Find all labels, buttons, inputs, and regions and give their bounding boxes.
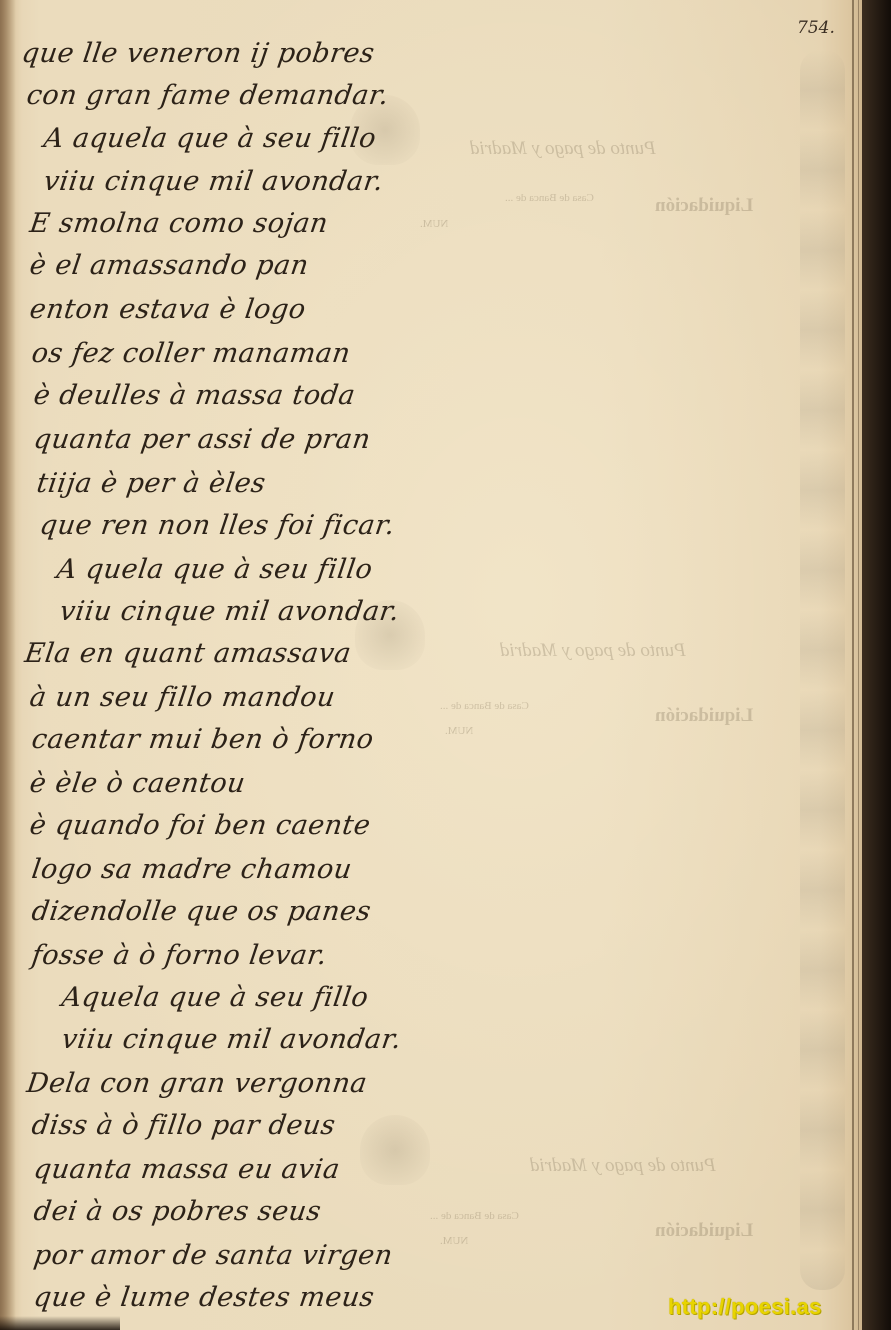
poem-line: con gran fame demandar. [25,80,391,111]
page-bottom-shadow [0,1316,120,1330]
bleed-through-title: Punto de pago y Madrid [530,1155,716,1177]
poem-line: A aquela que à seu fillo [42,123,378,154]
poem-line: Dela con gran vergonna [25,1068,369,1099]
bleed-through-small-text: NUM. [440,1235,468,1247]
poem-line: fosse à ò forno levar. [30,940,329,971]
book-spine-edge [862,0,891,1330]
poem-line: viiu cinque mil avondar. [42,166,386,197]
bleed-through-title: Punto de pago y Madrid [470,138,656,160]
bleed-through-small-text: Casa de Banca de ... [440,700,529,712]
poem-line: logo sa madre chamou [30,854,354,885]
poem-line: que lle veneron ij pobres [20,38,377,69]
poem-line: os fez coller manaman [30,338,353,369]
watermark-link[interactable]: http://poesi.as [668,1294,822,1320]
bleed-through-emblem [360,1115,430,1185]
page-edge-line [852,0,854,1330]
poem-line: A quela que à seu fillo [55,554,375,585]
bleed-through-heading: Liquidación [655,705,753,727]
poem-line: E smolna como sojan [28,208,330,239]
poem-line: diss à ò fillo par deus [30,1110,338,1141]
manuscript-page: Punto de pago y Madrid Liquidación Casa … [0,0,862,1330]
poem-line: dizendolle que os panes [30,896,373,927]
poem-line: à un seu fillo mandou [28,682,337,713]
bleed-through-small-text: NUM. [445,725,473,737]
bleed-through-small-text: NUM. [420,218,448,230]
poem-line: è el amassando pan [28,250,311,281]
bleed-through-heading: Liquidación [655,195,753,217]
poem-line: è èle ò caentou [28,768,248,799]
bleed-through-title: Punto de pago y Madrid [500,640,686,662]
poem-line: por amor de santa virgen [32,1240,395,1271]
binding-gutter-shadow [0,0,16,1330]
poem-line: è quando foi ben caente [28,810,373,841]
poem-line: quanta massa eu avia [32,1154,342,1185]
bleed-through-ornament-border [800,50,845,1290]
poem-line: viiu cinque mil avondar. [58,596,402,627]
bleed-through-heading: Liquidación [655,1220,753,1242]
poem-line: que ren non lles foi ficar. [38,510,397,541]
page-edge-line [858,0,859,1330]
poem-line: que è lume destes meus [32,1282,377,1313]
poem-line: enton estava è logo [28,294,308,325]
poem-line: tiija è per à èles [35,468,268,499]
folio-number: 754. [797,18,835,38]
poem-line: Ela en quant amassava [23,638,353,669]
poem-line: è deulles à massa toda [32,380,358,411]
bleed-through-small-text: Casa de Banca de ... [430,1210,519,1222]
bleed-through-small-text: Casa de Banca de ... [505,192,594,204]
poem-line: viiu cinque mil avondar. [60,1024,404,1055]
poem-line: dei à os pobres seus [32,1196,323,1227]
poem-line: quanta per assi de pran [32,424,373,455]
poem-line: caentar mui ben ò forno [30,724,376,755]
poem-line: Aquela que à seu fillo [60,982,371,1013]
